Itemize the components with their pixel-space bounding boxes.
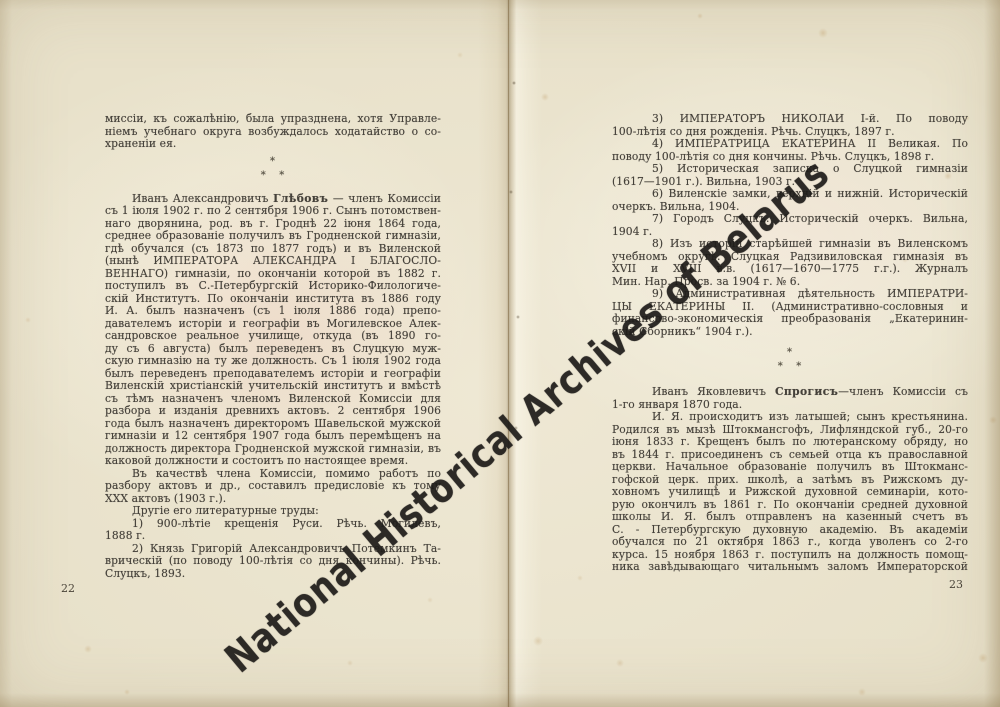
text-line: Мин. Нар. Просв. за 1904 г. № 6. [612,276,968,289]
text-line: ника завѣдывающаго читальнымъ заломъ Имп… [612,561,968,574]
text-line: 7) Городъ Слуцкъ. Историческій очеркъ. В… [612,213,968,226]
text-line: гдѣ обучался (съ 1873 по 1877 годъ) и въ… [105,243,441,256]
text-line: должность директора Гродненской мужской … [105,443,441,456]
page-number-right: 23 [949,578,963,591]
text-line: съ 1 іюля 1902 г. по 2 сентября 1906 г. … [105,205,441,218]
separator-asterisks: * [105,156,441,170]
text-line: среднее образованіе получилъ въ Гродненс… [105,230,441,243]
text-line: 3) ИМПЕРАТОРЪ НИКОЛАЙ I-й. По поводу [612,113,968,126]
text-line: Виленскій христіанскій учительскій инсти… [105,380,441,393]
text-line: Родился въ мызѣ Штокмансгофъ, Лифляндско… [612,424,968,437]
text-line: давателемъ исторіи и географіи въ Могиле… [105,318,441,331]
text-line: 1) 900-лѣтіе крещенія Руси. Рѣчь. Могиле… [105,518,441,531]
text-line: И. А. былъ назначенъ (съ 1 іюля 1886 год… [105,305,441,318]
text-line: скую гимназію на ту же должность. Съ 1 і… [105,355,441,368]
text-line: рую окончилъ въ 1861 г. По окончаніи сре… [612,499,968,512]
text-line: 4) ИМПЕРАТРИЦА ЕКАТЕРИНА II Великая. По [612,138,968,151]
separator-asterisks: * [612,347,968,361]
text-line: сандровское реальное училище, откуда (въ… [105,330,441,343]
right-page-text: 3) ИМПЕРАТОРЪ НИКОЛАЙ I-й. По поводу100-… [612,113,968,574]
left-page-text: миссіи, къ сожалѣнію, была упразднена, х… [105,113,441,580]
text-line: врическій (по поводу 100-лѣтія со дня ко… [105,555,441,568]
person-name-bold: Спрогисъ [775,386,838,398]
text-line: ніемъ учебнаго округа возбуждалось ходат… [105,126,441,139]
text-line: финансово-экономическія преобразованія „… [612,313,968,326]
separator-asterisks: * * [105,170,441,184]
separator-asterisks: * * [612,361,968,375]
text-line: былъ переведенъ преподавателемъ исторіи … [105,368,441,381]
text-line: 2) Князь Григорій Александровичъ Потемки… [105,543,441,556]
text-line: каковой должности и состоитъ по настояще… [105,455,441,468]
text-line: церкви. Начальное образованіе получилъ в… [612,461,968,474]
text-line: миссіи, къ сожалѣнію, была упразднена, х… [105,113,441,126]
text-line: въ 1844 г. присоединенъ съ семьей отца к… [612,449,968,462]
text-line: 1904 г. [612,226,968,239]
text-line: 1888 г. [105,530,441,543]
text-line: 100-лѣтія со дня рожденія. Рѣчь. Слуцкъ,… [612,126,968,139]
text-line: 1-го января 1870 года. [612,399,968,412]
text-line: ЦЫ ЕКАТЕРИНЫ II. (Административно-сослов… [612,301,968,314]
text-line: Въ качествѣ члена Комиссіи, помимо работ… [105,468,441,481]
text-line: ду съ 6 августа) былъ переведенъ въ Слуц… [105,343,441,356]
text-line: школы И. Я. былъ отправленъ на казенный … [612,511,968,524]
text-line: ВЕННАГО) гимназіи, по окончаніи которой … [105,268,441,281]
text-line: гимназіи и 12 сентября 1907 года былъ пе… [105,430,441,443]
text-line: (нынѣ ИМПЕРАТОРА АЛЕКСАНДРА I БЛАГОСЛО- [105,255,441,268]
text-line: С. - Петербургскую духовную академію. Въ… [612,524,968,537]
text-line: поступилъ въ С.-Петербургскій Историко-Ф… [105,280,441,293]
text-line: поводу 100-лѣтія со дня кончины. Рѣчь. С… [612,151,968,164]
text-line: Другіе его литературные труды: [105,505,441,518]
text-line: 8) Изъ исторіи старѣйшей гимназіи въ Вил… [612,238,968,251]
text-line: XVII и XVIII в.в. (1617—1670—1775 г.г.).… [612,263,968,276]
text-line: гофской церк. прих. школѣ, а затѣмъ въ Р… [612,474,968,487]
text-line: учебномъ округѣ. Слуцкая Радзивиловская … [612,251,968,264]
text-line: 5) Историческая записка о Слуцкой гимназ… [612,163,968,176]
text-line: наго дворянина, род. въ г. Гроднѣ 22 іюн… [105,218,441,231]
text-line: ховномъ училищѣ и Рижской духовной семин… [612,486,968,499]
text-line: обучался по 21 октября 1863 г., когда ув… [612,536,968,549]
text-line: скій Сборникъ“ 1904 г.). [612,326,968,339]
text-line: разбору актовъ и др., составилъ предисло… [105,480,441,493]
text-line: года былъ назначенъ директоромъ Шавельск… [105,418,441,431]
text-line: очеркъ. Вильна, 1904. [612,201,968,214]
text-line: Слуцкъ, 1893. [105,568,441,581]
text-line: 9) Административная дѣятельность ИМПЕРАТ… [612,288,968,301]
text-line: іюня 1833 г. Крещенъ былъ по лютеранском… [612,436,968,449]
text-line: курса. 15 ноября 1863 г. поступилъ на до… [612,549,968,562]
book-gutter-crease [478,0,542,707]
person-name-bold: Глѣбовъ [273,193,328,205]
text-line: (1617—1901 г.). Вильна, 1903 г. [612,176,968,189]
page-number-left: 22 [61,582,75,595]
text-line: скій Институтъ. По окончаніи института в… [105,293,441,306]
text-line: разбора и изданія древнихъ актовъ. 2 сен… [105,405,441,418]
text-line: Иванъ Яковлевичъ Спрогисъ—членъ Комиссіи… [612,386,968,399]
text-line: 6) Виленскіе замки, верхній и нижній. Ис… [612,188,968,201]
text-line: И. Я. происходитъ изъ латышей; сынъ крес… [612,411,968,424]
text-line: Иванъ Александровичъ Глѣбовъ — членъ Ком… [105,193,441,206]
section-separator: ** * [105,151,441,193]
text-line: храненіи ея. [105,138,441,151]
text-line: съ тѣмъ назначенъ членомъ Виленской Коми… [105,393,441,406]
book-scan: миссіи, къ сожалѣнію, была упразднена, х… [0,0,1000,707]
text-line: XXX актовъ (1903 г.). [105,493,441,506]
section-separator: ** * [612,338,968,386]
